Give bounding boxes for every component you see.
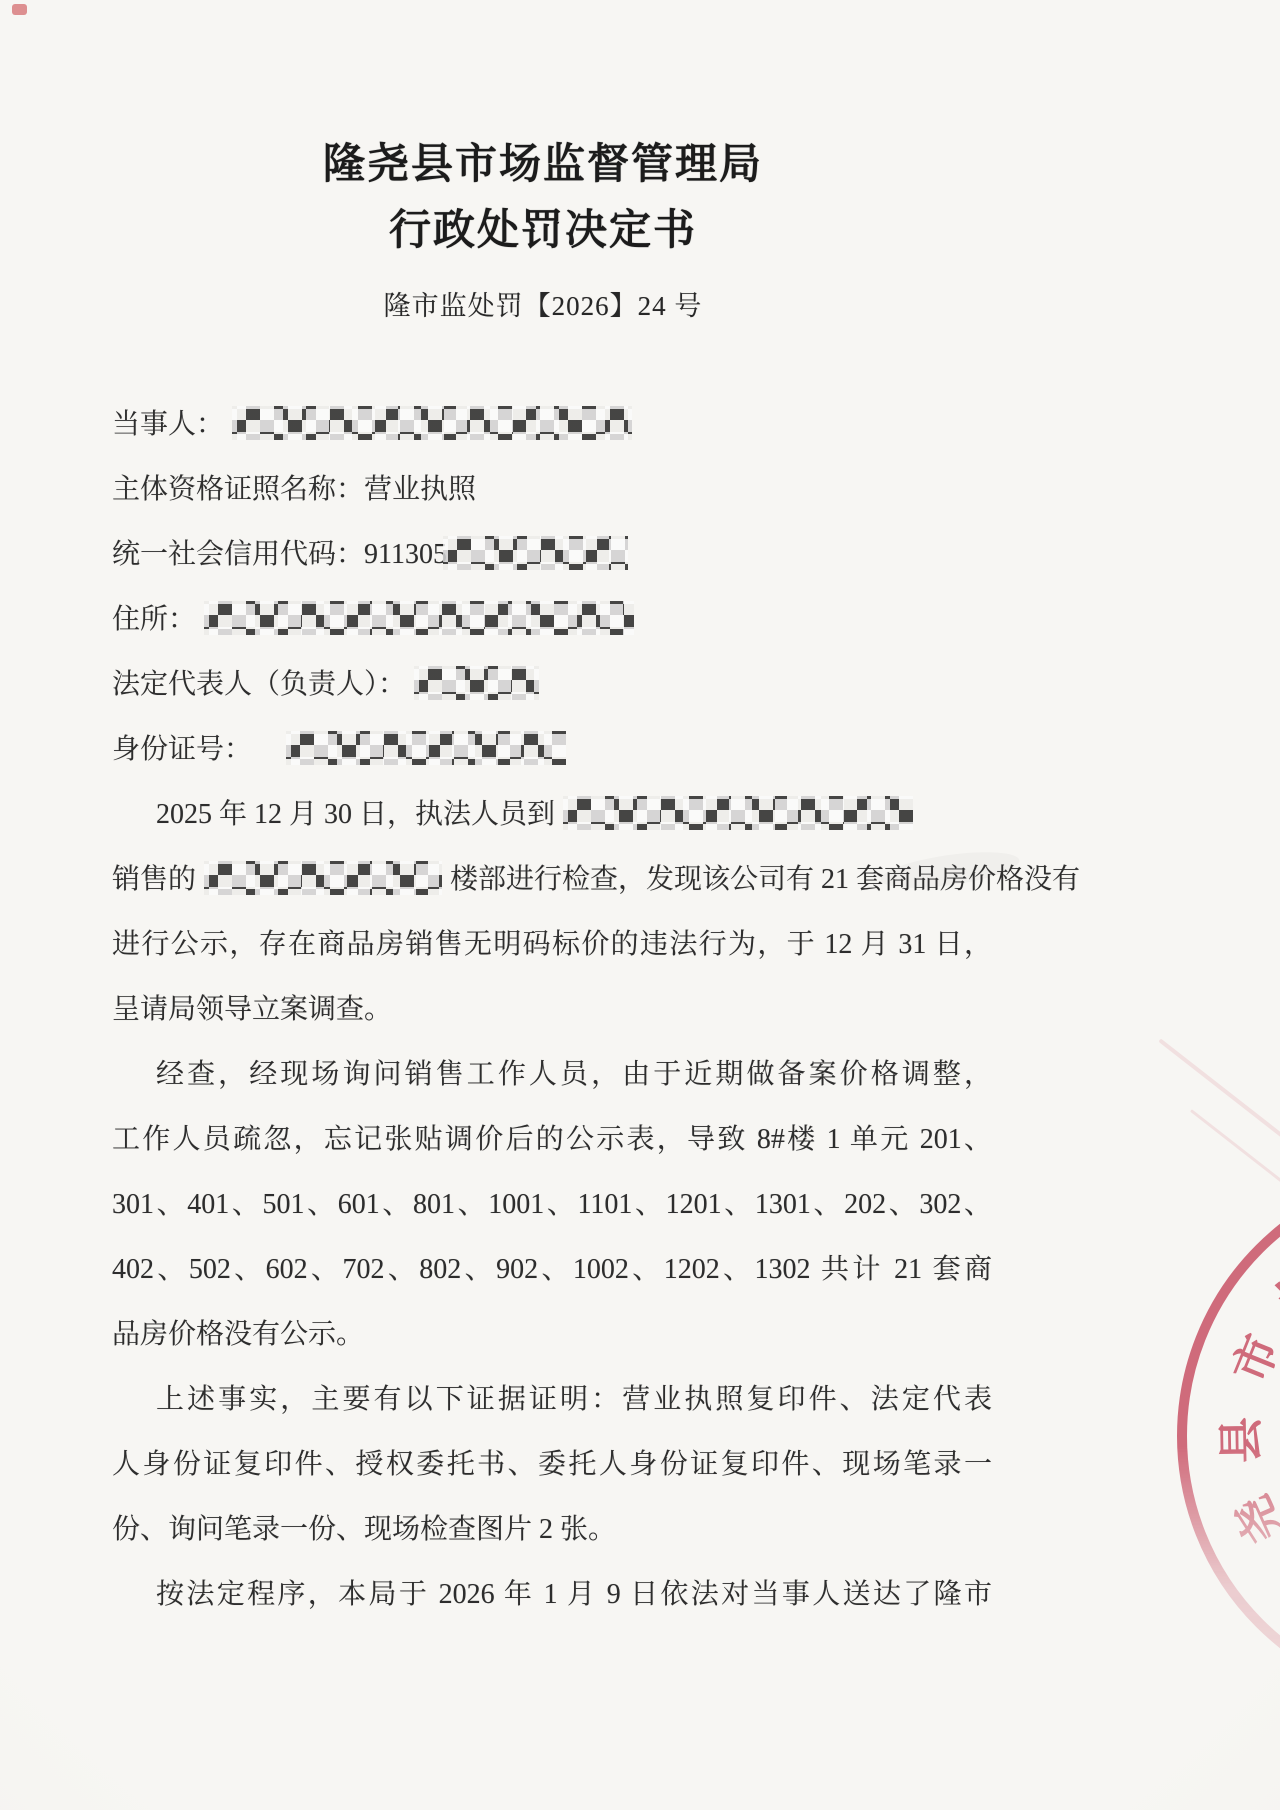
redacted-block [232, 406, 632, 440]
text-segment: 301、401、501、601、801、1001、1101、1201、1301、… [112, 1189, 992, 1220]
redacted-block [204, 861, 442, 895]
title-line-1: 隆尧县市场监督管理局 [0, 132, 1086, 198]
text-segment: 进行公示，存在商品房销售无明码标价的违法行为，于 12 月 31 日， [112, 929, 992, 960]
redacted-block [204, 601, 634, 635]
stamp-smudge [1158, 1038, 1280, 1155]
document-number: 隆市监处罚【2026】24 号 [0, 284, 1086, 323]
document-line: 当事人： [112, 392, 992, 457]
redacted-block [443, 536, 628, 570]
seal-character: 县 [1218, 1415, 1267, 1464]
document-title: 隆尧县市场监督管理局 行政处罚决定书 [0, 132, 1086, 264]
document-line: 工作人员疏忽，忘记张贴调价后的公示表，导致 8#楼 1 单元 201、 [112, 1107, 992, 1172]
text-segment: 住所： [112, 604, 196, 635]
text-segment: 身份证号： [112, 734, 252, 765]
redacted-block [563, 796, 913, 830]
redacted-block [286, 731, 566, 765]
text-segment: 呈请局领导立案调查。 [112, 994, 392, 1025]
title-line-2: 行政处罚决定书 [0, 198, 1086, 264]
text-segment: 品房价格没有公示。 [112, 1319, 364, 1350]
document-line: 人身份证复印件、授权委托书、委托人身份证复印件、现场笔录一 [112, 1432, 992, 1497]
red-corner-mark [12, 4, 27, 15]
text-segment: 2025 年 12 月 30 日，执法人员到 [156, 799, 555, 830]
document-page: 隆尧县市场监督管理局 行政处罚决定书 隆市监处罚【2026】24 号 当事人：主… [0, 0, 1280, 1810]
text-segment: 按法定程序，本局于 2026 年 1 月 9 日依法对当事人送达了隆市 [156, 1579, 992, 1610]
text-segment: 402、502、602、702、802、902、1002、1202、1302 共… [112, 1254, 992, 1285]
document-line: 身份证号： [112, 717, 992, 782]
text-segment: 法定代表人（负责人）： [112, 669, 406, 700]
text-segment: 份、询问笔录一份、现场检查图片 2 张。 [112, 1514, 616, 1545]
document-line: 呈请局领导立案调查。 [112, 977, 992, 1042]
document-line: 经查，经现场询问销售工作人员，由于近期做备案价格调整， [112, 1042, 992, 1107]
document-header: 隆尧县市场监督管理局 行政处罚决定书 隆市监处罚【2026】24 号 [0, 132, 1086, 323]
text-segment: 当事人： [112, 409, 224, 440]
text-segment: 经查，经现场询问销售工作人员，由于近期做备案价格调整， [156, 1059, 992, 1090]
document-line: 份、询问笔录一份、现场检查图片 2 张。 [112, 1497, 992, 1562]
text-segment: 主体资格证照名称：营业执照 [112, 474, 476, 505]
document-line: 进行公示，存在商品房销售无明码标价的违法行为，于 12 月 31 日， [112, 912, 992, 977]
text-segment: 销售的 [112, 864, 196, 895]
document-line: 销售的楼部进行检查，发现该公司有 21 套商品房价格没有 [112, 847, 992, 912]
document-line: 住所： [112, 587, 992, 652]
document-line: 301、401、501、601、801、1001、1101、1201、1301、… [112, 1172, 992, 1237]
document-line: 上述事实，主要有以下证据证明：营业执照复印件、法定代表 [112, 1367, 992, 1432]
text-segment: 上述事实，主要有以下证据证明：营业执照复印件、法定代表 [156, 1384, 992, 1415]
document-line: 按法定程序，本局于 2026 年 1 月 9 日依法对当事人送达了隆市 [112, 1562, 992, 1627]
redacted-block [414, 666, 539, 700]
text-segment: 统一社会信用代码：911305 [112, 539, 447, 570]
official-seal: 场市县尧隆 [1177, 1166, 1280, 1706]
document-line: 2025 年 12 月 30 日，执法人员到 [112, 782, 992, 847]
document-line: 法定代表人（负责人）： [112, 652, 992, 717]
document-line: 统一社会信用代码：911305 [112, 522, 992, 587]
text-segment: 人身份证复印件、授权委托书、委托人身份证复印件、现场笔录一 [112, 1449, 992, 1480]
document-line: 品房价格没有公示。 [112, 1302, 992, 1367]
document-line: 主体资格证照名称：营业执照 [112, 457, 992, 522]
document-content: 当事人：主体资格证照名称：营业执照统一社会信用代码：911305住所：法定代表人… [112, 392, 992, 1627]
document-line: 402、502、602、702、802、902、1002、1202、1302 共… [112, 1237, 992, 1302]
text-segment: 工作人员疏忽，忘记张贴调价后的公示表，导致 8#楼 1 单元 201、 [112, 1124, 992, 1155]
